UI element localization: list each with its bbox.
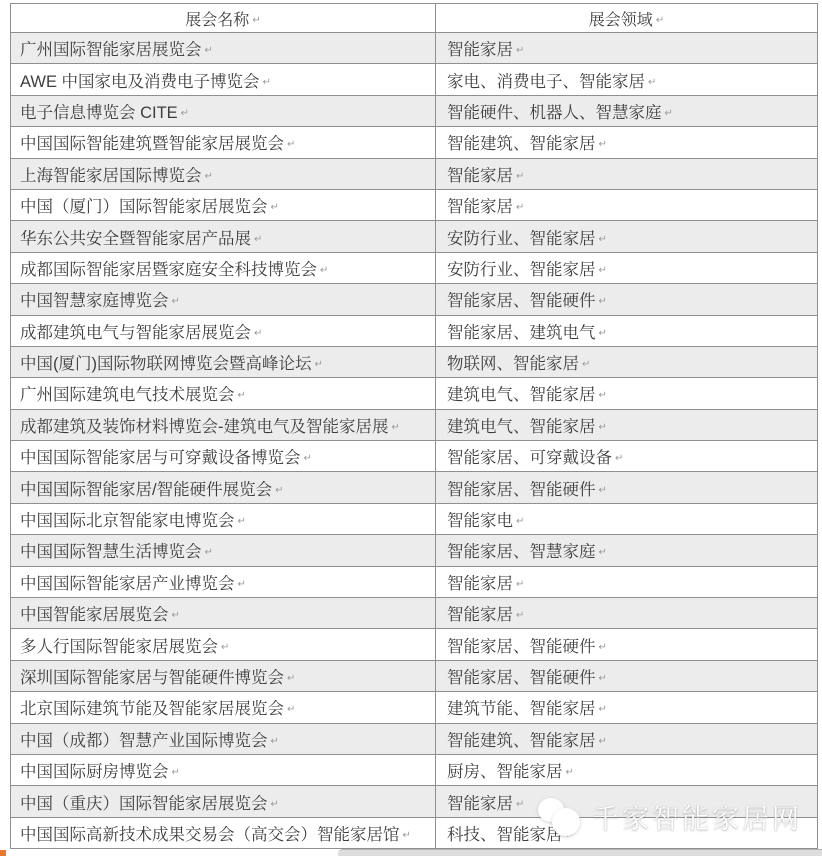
exhibition-name: 中国国际智能建筑暨智能家居展览会	[20, 135, 295, 153]
exhibition-name: 中国（成都）智慧产业国际博览会	[20, 732, 279, 750]
table-row: 中国国际智慧生活博览会智能家居、智慧家庭	[11, 535, 818, 566]
table-row: 中国智慧家庭博览会智能家居、智能硬件	[11, 284, 818, 315]
exhibition-name: 华东公共安全暨智能家居产品展	[20, 230, 262, 248]
table-row: AWE 中国家电及消费电子博览会家电、消费电子、智能家居	[11, 64, 818, 95]
exhibition-field: 智能家电	[447, 512, 524, 530]
table-row: 上海智能家居国际博览会智能家居	[11, 158, 818, 189]
exhibition-name: 中国（重庆）国际智能家居展览会	[20, 795, 279, 813]
exhibition-name: 中国国际智能家居/智能硬件展览会	[20, 481, 283, 499]
header-label: 展会名称	[185, 12, 260, 29]
table-row: 广州国际建筑电气技术展览会建筑电气、智能家居	[11, 378, 818, 409]
table-row: 电子信息博览会 CITE智能硬件、机器人、智慧家庭	[11, 95, 818, 126]
header-label: 展会领域	[589, 12, 664, 29]
exhibition-field: 智能家居	[447, 41, 524, 59]
exhibition-field: 家电、消费电子、智能家居	[447, 73, 656, 91]
exhibition-field: 智能家居、智能硬件	[447, 292, 607, 310]
table-row: 中国国际厨房博览会厨房、智能家居	[11, 754, 818, 785]
table-row: 华东公共安全暨智能家居产品展安防行业、智能家居	[11, 221, 818, 252]
table-row: 中国智能家居展览会智能家居	[11, 598, 818, 629]
table-body: 广州国际智能家居展览会智能家居AWE 中国家电及消费电子博览会家电、消费电子、智…	[11, 33, 818, 849]
exhibition-field: 智能家居	[447, 606, 524, 624]
exhibition-name: 上海智能家居国际博览会	[20, 167, 213, 185]
exhibition-name: 中国智能家居展览会	[20, 606, 180, 624]
exhibition-field: 智能硬件、机器人、智慧家庭	[447, 104, 673, 122]
exhibition-name: 成都国际智能家居暨家庭安全科技博览会	[20, 261, 328, 279]
exhibition-table-wrap: 展会名称 展会领域 广州国际智能家居展览会智能家居AWE 中国家电及消费电子博览…	[10, 3, 817, 849]
table-row: 中国国际智能家居产业博览会智能家居	[11, 566, 818, 597]
exhibition-field: 智能家居	[447, 167, 524, 185]
table-row: 中国国际北京智能家电博览会智能家电	[11, 503, 818, 534]
exhibition-field: 智能建筑、智能家居	[447, 732, 607, 750]
table-row: 中国（成都）智慧产业国际博览会智能建筑、智能家居	[11, 723, 818, 754]
exhibition-name: 中国(厦门)国际物联网博览会暨高峰论坛	[20, 355, 323, 373]
exhibition-field: 智能家居	[447, 198, 524, 216]
table-row: 中国（重庆）国际智能家居展览会智能家居	[11, 786, 818, 817]
table-row: 中国国际智能家居/智能硬件展览会智能家居、智能硬件	[11, 472, 818, 503]
exhibition-name: 深圳国际智能家居与智能硬件博览会	[20, 669, 295, 687]
exhibition-field: 智能家居、建筑电气	[447, 324, 607, 342]
table-row: 中国（厦门）国际智能家居展览会智能家居	[11, 189, 818, 220]
exhibition-field: 建筑节能、智能家居	[447, 700, 607, 718]
exhibition-name: 中国智慧家庭博览会	[20, 292, 180, 310]
table-row: 成都建筑电气与智能家居展览会智能家居、建筑电气	[11, 315, 818, 346]
exhibition-name: 中国国际厨房博览会	[20, 763, 180, 781]
table-row: 中国国际智能家居与可穿戴设备博览会智能家居、可穿戴设备	[11, 441, 818, 472]
table-row: 北京国际建筑节能及智能家居展览会建筑节能、智能家居	[11, 692, 818, 723]
table-row: 广州国际智能家居展览会智能家居	[11, 33, 818, 64]
exhibition-name: 广州国际建筑电气技术展览会	[20, 386, 246, 404]
exhibition-name: 多人行国际智能家居展览会	[20, 638, 229, 656]
table-row: 中国(厦门)国际物联网博览会暨高峰论坛物联网、智能家居	[11, 346, 818, 377]
table-row: 深圳国际智能家居与智能硬件博览会智能家居、智能硬件	[11, 660, 818, 691]
exhibition-field: 厨房、智能家居	[447, 763, 574, 781]
exhibition-name: 中国国际智能家居产业博览会	[20, 575, 246, 593]
exhibition-name: 广州国际智能家居展览会	[20, 41, 213, 59]
exhibition-name: 北京国际建筑节能及智能家居展览会	[20, 700, 295, 718]
exhibition-field: 智能家居、智能硬件	[447, 669, 607, 687]
exhibition-field: 智能家居	[447, 575, 524, 593]
bottom-accent-mark	[0, 850, 6, 856]
bottom-cutoff-bar	[338, 849, 822, 856]
exhibition-field: 智能家居	[447, 795, 524, 813]
exhibition-field: 安防行业、智能家居	[447, 230, 607, 248]
exhibition-field: 安防行业、智能家居	[447, 261, 607, 279]
exhibition-name: 中国国际高新技术成果交易会（高交会）智能家居馆	[20, 826, 411, 844]
exhibition-name: 成都建筑及装饰材料博览会-建筑电气及智能家居展	[20, 418, 400, 436]
exhibition-field: 智能家居、可穿戴设备	[447, 449, 623, 467]
exhibition-name: 中国国际北京智能家电博览会	[20, 512, 246, 530]
exhibition-name: 中国（厦门）国际智能家居展览会	[20, 198, 279, 216]
column-header-exhibition-name: 展会名称	[11, 4, 436, 33]
exhibition-name: 电子信息博览会 CITE	[20, 104, 189, 122]
exhibition-name: AWE 中国家电及消费电子博览会	[20, 73, 271, 91]
exhibition-field: 智能建筑、智能家居	[447, 135, 607, 153]
exhibition-field: 智能家居、智慧家庭	[447, 543, 607, 561]
table-row: 中国国际高新技术成果交易会（高交会）智能家居馆科技、智能家居	[11, 817, 818, 848]
exhibition-table: 展会名称 展会领域 广州国际智能家居展览会智能家居AWE 中国家电及消费电子博览…	[10, 3, 818, 849]
exhibition-field: 建筑电气、智能家居	[447, 418, 607, 436]
exhibition-field: 智能家居、智能硬件	[447, 638, 607, 656]
exhibition-name: 成都建筑电气与智能家居展览会	[20, 324, 262, 342]
exhibition-name: 中国国际智慧生活博览会	[20, 543, 213, 561]
exhibition-field: 科技、智能家居	[447, 826, 574, 844]
table-row: 中国国际智能建筑暨智能家居展览会智能建筑、智能家居	[11, 127, 818, 158]
exhibition-field: 建筑电气、智能家居	[447, 386, 607, 404]
exhibition-name: 中国国际智能家居与可穿戴设备博览会	[20, 449, 312, 467]
exhibition-field: 智能家居、智能硬件	[447, 481, 607, 499]
header-row: 展会名称 展会领域	[11, 4, 818, 33]
table-row: 成都建筑及装饰材料博览会-建筑电气及智能家居展建筑电气、智能家居	[11, 409, 818, 440]
table-row: 多人行国际智能家居展览会智能家居、智能硬件	[11, 629, 818, 660]
column-header-exhibition-field: 展会领域	[436, 4, 818, 33]
exhibition-field: 物联网、智能家居	[447, 355, 590, 373]
table-row: 成都国际智能家居暨家庭安全科技博览会安防行业、智能家居	[11, 252, 818, 283]
